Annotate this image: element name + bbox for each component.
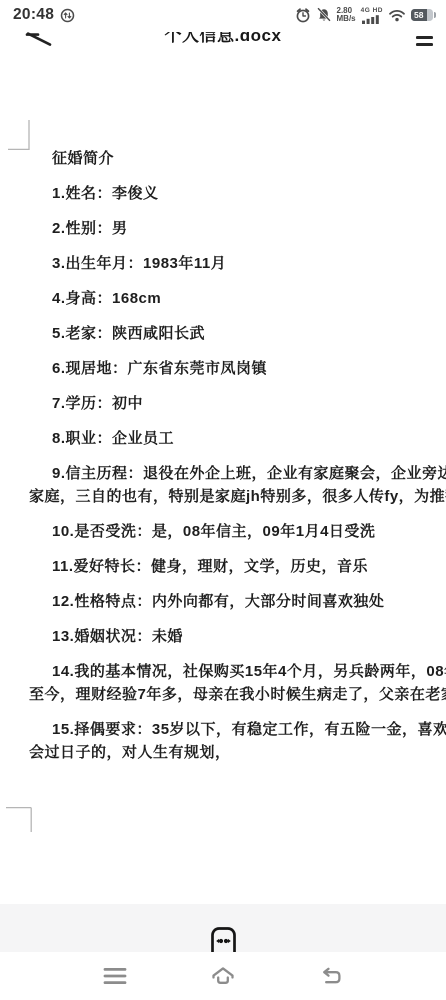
doc-line: 14.我的基本情况，社保购买15年4个月，另兵龄两年，08年开始健身房健身 xyxy=(52,663,446,680)
doc-line: 11.爱好特长：健身，理财，文学，历史，音乐 xyxy=(52,558,368,575)
phone-screen: 20:48 2.80 MB/s 4G HD xyxy=(0,0,446,1000)
signal-bars-icon: 4G HD xyxy=(361,7,383,24)
doc-line: 1.姓名：李俊义 xyxy=(52,185,159,202)
doc-line: 6.现居地：广东省东莞市凤岗镇 xyxy=(52,360,267,377)
doc-line: 13.婚姻状况：未婚 xyxy=(52,628,183,645)
mute-icon xyxy=(316,7,332,23)
clock-time: 20:48 xyxy=(13,6,54,24)
doc-line: 3.出生年月：1983年11月 xyxy=(52,255,226,272)
doc-line: 7.学历：初中 xyxy=(52,395,143,412)
wifi-icon xyxy=(388,9,406,22)
battery-icon: 58 xyxy=(411,9,433,22)
doc-line: 4.身高：168cm xyxy=(52,290,161,307)
doc-line: 征婚简介 xyxy=(52,150,114,167)
back-nav-icon xyxy=(319,967,343,986)
status-bar: 20:48 2.80 MB/s 4G HD xyxy=(0,0,446,30)
doc-line: 8.职业：企业员工 xyxy=(52,430,174,447)
network-type-label: 4G HD xyxy=(361,7,383,14)
recents-icon xyxy=(103,967,127,985)
data-saver-icon xyxy=(60,8,75,23)
menu-button[interactable] xyxy=(416,32,434,48)
recents-button[interactable] xyxy=(100,965,130,987)
home-button[interactable] xyxy=(208,965,238,987)
doc-line: 2.性别：男 xyxy=(52,220,128,237)
app-header: 个人信息.docx xyxy=(0,32,446,48)
menu-icon xyxy=(416,32,434,46)
document-title: 个人信息.docx xyxy=(0,32,446,47)
doc-line: 9.信主历程：退役在外企上班，企业有家庭聚会，企业旁边有家庭j会，镇 xyxy=(52,465,446,482)
page-corner-mark-top xyxy=(6,119,32,153)
navigation-bar xyxy=(0,952,446,1000)
page-corner-mark-bottom xyxy=(4,806,34,836)
document-page[interactable]: 征婚简介1.姓名：李俊义2.性别：男3.出生年月：1983年11月4.身高：16… xyxy=(0,48,446,904)
doc-line: 家庭，三自的也有，特别是家庭jh特别多，很多人传fy，为推翻圣经而信， xyxy=(29,488,446,505)
network-speed: 2.80 MB/s xyxy=(337,7,356,23)
home-icon xyxy=(210,966,236,986)
doc-line: 5.老家：陕西咸阳长武 xyxy=(52,325,205,342)
doc-line: 10.是否受洗：是，08年信主，09年1月4日受洗 xyxy=(52,523,375,540)
doc-line: 15.择偶要求：35岁以下，有稳定工作，有五险一金，喜欢健身，会理财， xyxy=(52,721,446,738)
doc-line: 会过日子的，对人生有规划， xyxy=(29,744,231,761)
battery-percent: 58 xyxy=(414,10,423,20)
doc-line: 至今，理财经验7年多，母亲在我小时候生病走了，父亲在老家，弟弟在西安上 xyxy=(29,686,446,703)
back-nav-button[interactable] xyxy=(316,965,346,987)
alarm-icon xyxy=(295,7,311,23)
doc-line: 12.性格特点：内外向都有，大部分时间喜欢独处 xyxy=(52,593,384,610)
